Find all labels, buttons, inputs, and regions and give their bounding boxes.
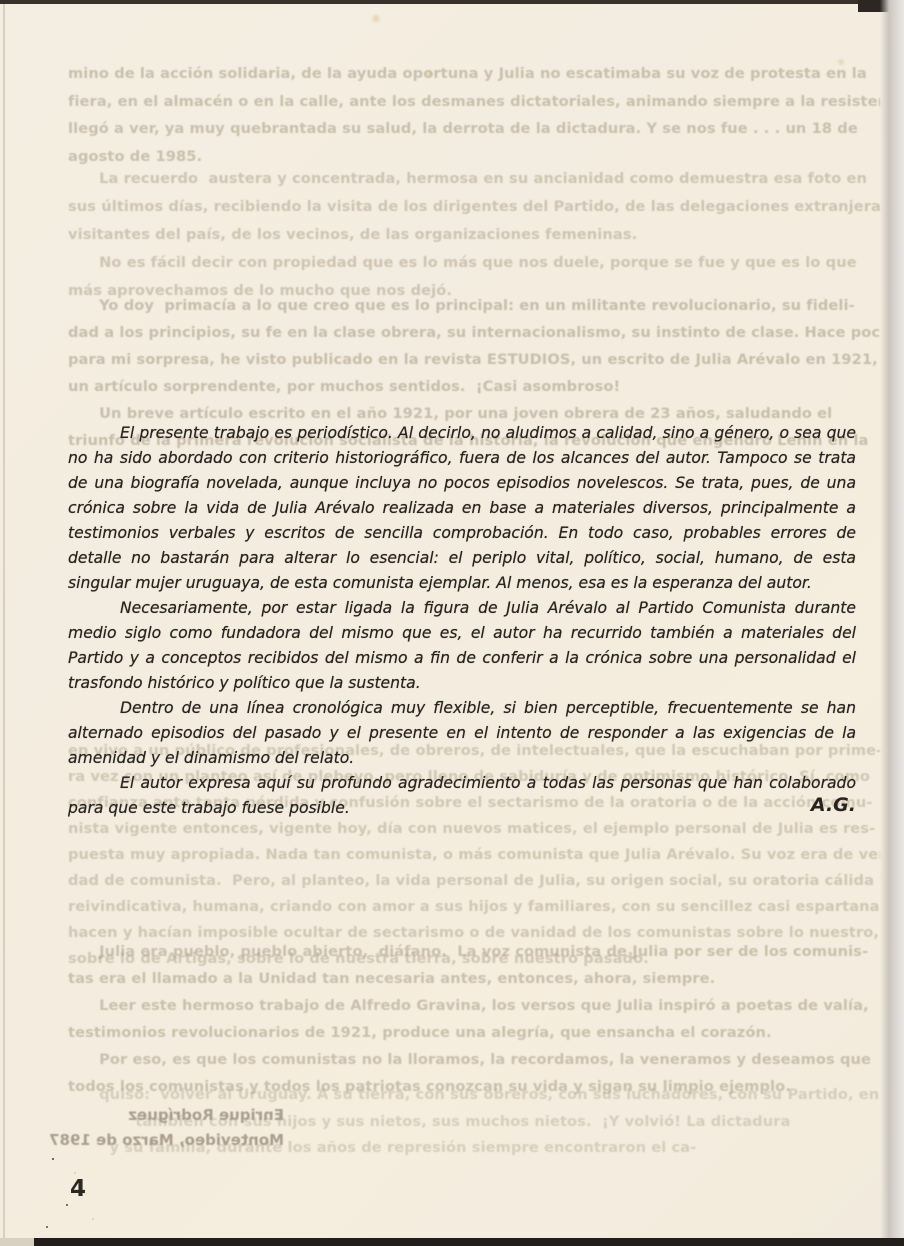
scan-edge-bottom-left: [0, 1238, 34, 1246]
ghost-line: puesta muy apropiada. Nada tan comunista…: [68, 842, 880, 868]
ghost-line: testimonios revolucionarios de 1921, pro…: [68, 1019, 880, 1046]
scan-edge-right: [880, 0, 904, 1246]
ghost-line: para mi sorpresa, he visto publicado en …: [68, 346, 880, 373]
author-initials: A.G.: [68, 794, 856, 816]
dust-specks: [52, 1158, 54, 1160]
ghost-line: tas era el llamado a la Unidad tan neces…: [68, 965, 880, 992]
ghost-line: Julia era pueblo, pueblo abierto, diáfan…: [68, 938, 880, 965]
paper-stain: [370, 14, 382, 23]
ghost-line: No es fácil decir con propiedad que es l…: [68, 249, 880, 277]
ghost-line: sus últimos días, recibiendo la visita d…: [68, 193, 880, 221]
scanned-book-page: mino de la acción solidaria, de la ayuda…: [0, 0, 904, 1246]
bleedthrough-block-top: mino de la acción solidaria, de la ayuda…: [68, 60, 880, 170]
ghost-line: un artículo sorprendente, por muchos sen…: [68, 373, 880, 400]
page-number: 4: [70, 1176, 86, 1202]
scan-edge-bottom: [34, 1238, 904, 1246]
bleedthrough-block-recuerdo: La recuerdo austera y concentrada, hermo…: [68, 165, 880, 305]
prologue-paragraph: El presente trabajo es periodístico. Al …: [68, 421, 856, 596]
ghost-line: fiera, en el almacén o en la calle, ante…: [68, 88, 880, 116]
ghost-line: visitantes del país, de los vecinos, de …: [68, 221, 880, 249]
ghost-line: La recuerdo austera y concentrada, hermo…: [68, 165, 880, 193]
ghost-line: dad a los principios, su fe en la clase …: [68, 319, 880, 346]
ghost-line: Por eso, es que los comunistas no la llo…: [68, 1046, 880, 1073]
bleedthrough-dateline: Montevideo, Marzo de 1987: [66, 1128, 284, 1153]
prologue-paragraph: Necesariamente, por estar ligada la figu…: [68, 596, 856, 696]
scan-edge-top: [0, 0, 904, 4]
ghost-line: llegó a ver, ya muy quebrantada su salud…: [68, 115, 880, 143]
bleedthrough-mirrored-signature: Enrique Rodríguez Montevideo, Marzo de 1…: [66, 1103, 284, 1153]
prologue-paragraph: Dentro de una línea cronológica muy flex…: [68, 696, 856, 771]
ghost-line: Yo doy primacía a lo que creo que es lo …: [68, 292, 880, 319]
prologue-text: El presente trabajo es periodístico. Al …: [68, 421, 856, 821]
ghost-line: reivindicativa, humana, criando con amor…: [68, 894, 880, 920]
bleedthrough-block-pueblo: Julia era pueblo, pueblo abierto, diáfan…: [68, 938, 880, 1100]
scan-edge-left: [3, 0, 5, 1246]
bleedthrough-author: Enrique Rodríguez: [66, 1103, 284, 1128]
ghost-line: mino de la acción solidaria, de la ayuda…: [68, 60, 880, 88]
ghost-line: Leer este hermoso trabajo de Alfredo Gra…: [68, 992, 880, 1019]
ghost-line: dad de comunista. Pero, al planteo, la v…: [68, 868, 880, 894]
